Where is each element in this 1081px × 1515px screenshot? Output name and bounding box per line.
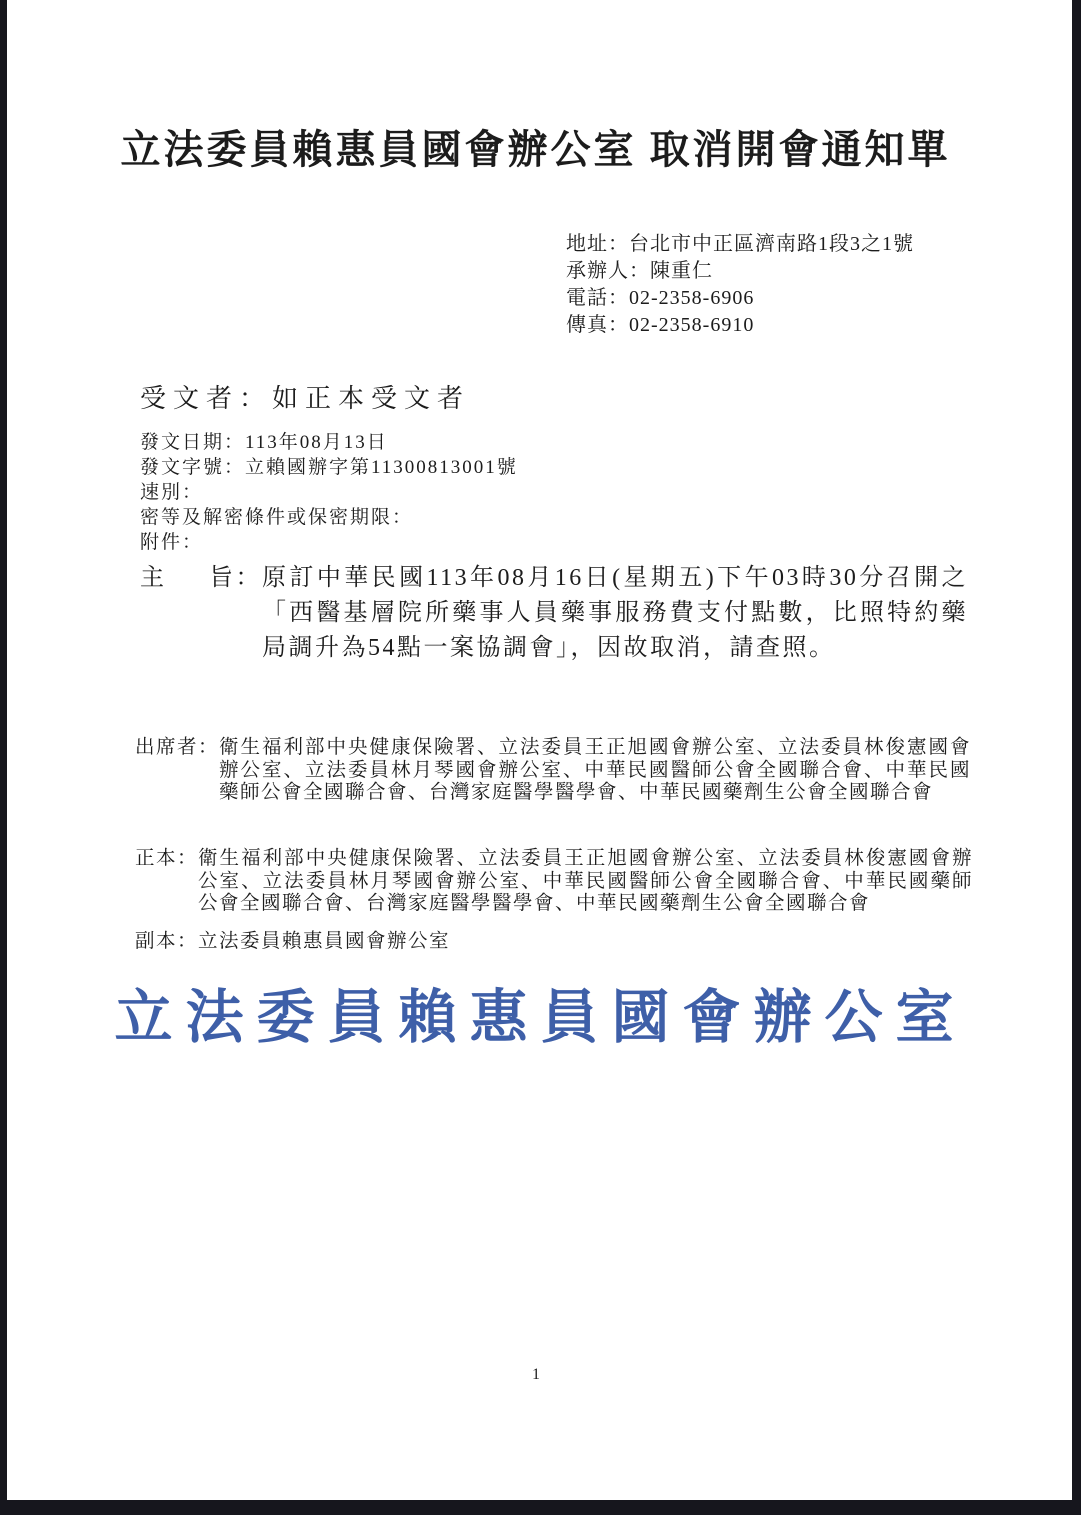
office-stamp: 立法委員賴惠員國會辦公室 [0,970,1081,1054]
subject-content: 原訂中華民國113年08月16日(星期五)下午03時30分召開之「西醫基層院所藥… [262,561,968,666]
contact-phone: 電話：02-2358-6906 [566,285,914,312]
subject-label: 主 旨： [140,561,262,596]
contact-address: 地址：台北市中正區濟南路1段3之1號 [566,231,914,258]
doc-number-line: 發文字號：立賴國辦字第11300813001號 [140,455,518,480]
carbon-copy-block: 副本： 立法委員賴惠員國會辦公室 [135,931,978,954]
original-copy-block: 正本： 衛生福利部中央健康保險署、立法委員王正旭國會辦公室、立法委員林俊憲國會辦… [135,848,973,916]
issue-date-line: 發文日期：113年08月13日 [140,430,518,455]
subject-label-first: 主 [140,561,167,596]
attendees-label: 出席者： [135,737,219,760]
page-number: 1 [0,1366,1072,1384]
meta-block: 發文日期：113年08月13日 發文字號：立賴國辦字第11300813001號 … [140,430,518,555]
security-line: 密等及解密條件或保密期限： [140,505,518,530]
original-copy-label: 正本： [135,848,198,871]
document-page: 立法委員賴惠員國會辦公室 取消開會通知單 地址：台北市中正區濟南路1段3之1號 … [0,0,1081,1515]
frame-edge-right [1072,0,1081,1515]
carbon-copy-label: 副本： [135,931,198,954]
carbon-copy-content: 立法委員賴惠員國會辦公室 [198,931,978,954]
page-title: 立法委員賴惠員國會辦公室 取消開會通知單 [60,118,1011,175]
priority-line: 速別： [140,480,518,505]
recipient-line: 受文者：如正本受文者 [140,378,470,415]
subject-block: 主 旨： 原訂中華民國113年08月16日(星期五)下午03時30分召開之「西醫… [140,561,968,666]
original-copy-content: 衛生福利部中央健康保險署、立法委員王正旭國會辦公室、立法委員林俊憲國會辦公室、立… [198,848,973,916]
attachment-line: 附件： [140,530,518,555]
frame-edge-bottom [0,1500,1081,1515]
contact-block: 地址：台北市中正區濟南路1段3之1號 承辦人：陳重仁 電話：02-2358-69… [566,231,914,339]
frame-edge-left [0,0,7,1515]
attendees-block: 出席者： 衛生福利部中央健康保險署、立法委員王正旭國會辦公室、立法委員林俊憲國會… [135,737,971,805]
contact-fax: 傳真：02-2358-6910 [566,312,914,339]
contact-person: 承辦人：陳重仁 [566,258,914,285]
subject-label-second: 旨： [209,561,262,596]
attendees-content: 衛生福利部中央健康保險署、立法委員王正旭國會辦公室、立法委員林俊憲國會辦公室、立… [219,737,971,805]
